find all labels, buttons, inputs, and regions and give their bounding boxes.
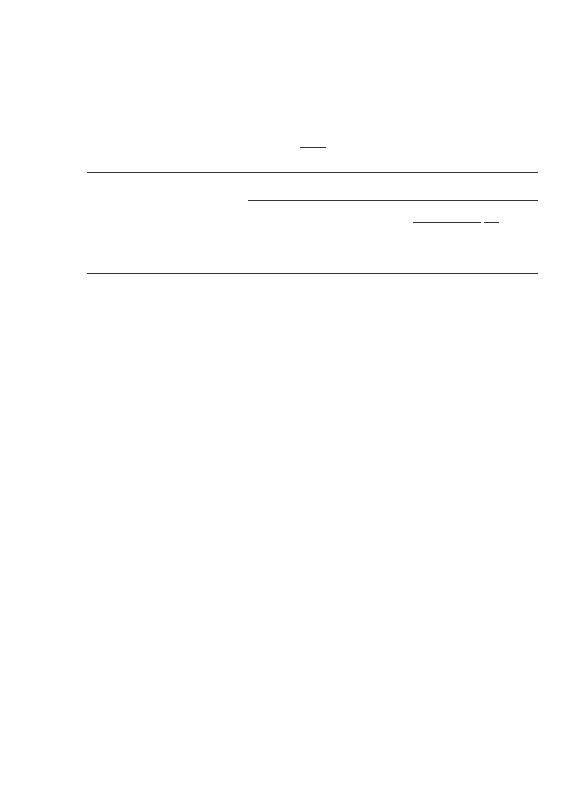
contractor-rep-field[interactable] bbox=[87, 273, 538, 274]
act-number-field[interactable] bbox=[300, 147, 326, 148]
date-field bbox=[413, 215, 499, 225]
date-day-field[interactable] bbox=[413, 222, 425, 223]
date-year-field[interactable] bbox=[484, 222, 499, 223]
construction-site-field[interactable] bbox=[248, 200, 538, 201]
date-month-field[interactable] bbox=[425, 222, 481, 223]
constructions-field[interactable] bbox=[87, 172, 538, 173]
act-title bbox=[87, 139, 538, 151]
